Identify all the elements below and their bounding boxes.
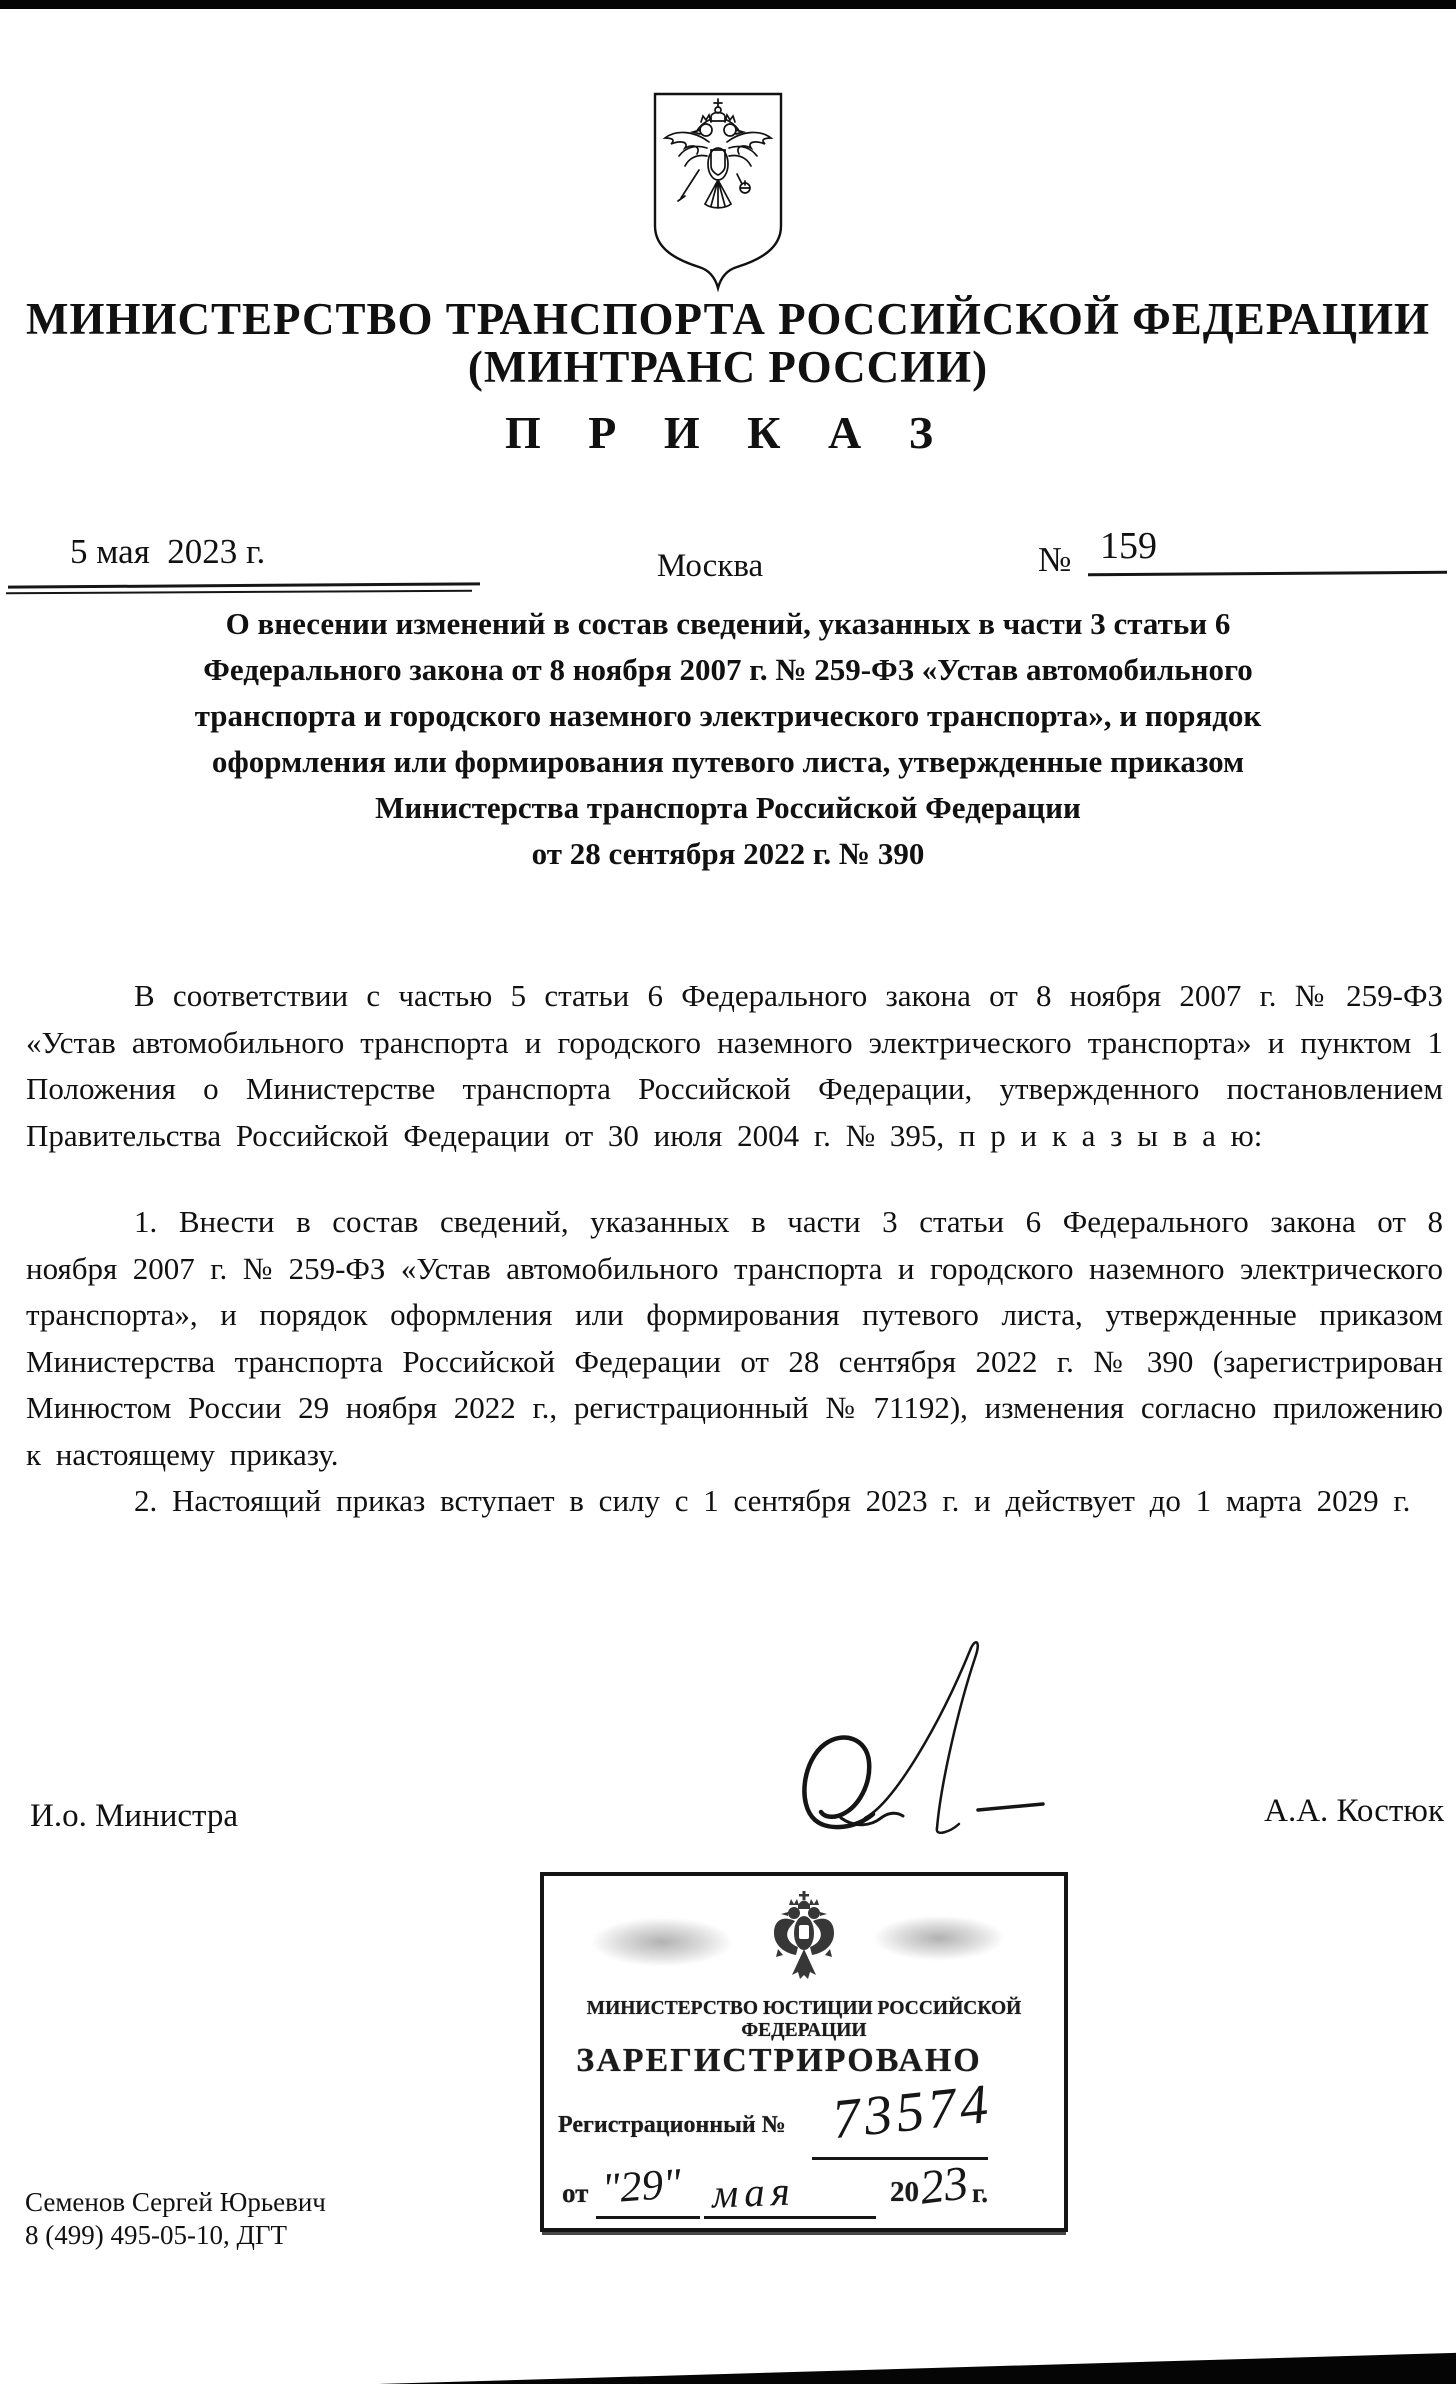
scanned-order-document: МИНИСТЕРСТВО ТРАНСПОРТА РОССИЙСКОЙ ФЕДЕР… bbox=[0, 0, 1456, 2384]
stamp-smudge-left bbox=[592, 1918, 732, 1966]
stamp-ministry-label: МИНИСТЕРСТВО ЮСТИЦИИ РОССИЙСКОЙ ФЕДЕРАЦИ… bbox=[544, 1998, 1064, 2042]
top-scan-artifact bbox=[0, 0, 1456, 9]
subject-line-6: от 28 сентября 2022 г. № 390 bbox=[28, 831, 1428, 877]
stamp-smudge-right bbox=[874, 1916, 1004, 1960]
order-date: 5 мая 2023 г. bbox=[70, 532, 265, 572]
stamp-date-year-printed: 20 bbox=[890, 2176, 919, 2209]
stamp-date-year-hand: 23 bbox=[917, 2155, 971, 2215]
russian-coat-of-arms-icon bbox=[645, 86, 791, 298]
bottom-scan-artifact bbox=[0, 2346, 1456, 2384]
stamp-date-day: "29" bbox=[600, 2159, 682, 2213]
stamp-date-day-underline bbox=[596, 2216, 700, 2219]
stamp-date-suffix: г. bbox=[972, 2178, 988, 2209]
order-subject: О внесении изменений в состав сведений, … bbox=[28, 601, 1428, 877]
subject-line-5: Министерства транспорта Российской Федер… bbox=[28, 785, 1428, 831]
date-underline bbox=[8, 582, 480, 588]
minister-name: А.А. Костюк bbox=[1216, 1793, 1444, 1830]
ministry-name-line1: МИНИСТЕРСТВО ТРАНСПОРТА РОССИЙСКОЙ ФЕДЕР… bbox=[0, 294, 1456, 344]
executor-phone: 8 (499) 495-05-10, ДГТ bbox=[25, 2219, 287, 2252]
stamp-eagle-icon bbox=[772, 1890, 836, 1984]
subject-line-1: О внесении изменений в состав сведений, … bbox=[28, 601, 1428, 647]
order-number: 159 bbox=[1100, 524, 1157, 568]
stamp-date-month: мая bbox=[711, 2167, 796, 2218]
paragraph-preamble: В соответствии с частью 5 статьи 6 Федер… bbox=[26, 973, 1443, 1159]
number-sign: № bbox=[1038, 540, 1071, 580]
city-label: Москва bbox=[560, 548, 860, 585]
subject-line-4: оформления или формирования путевого лис… bbox=[28, 739, 1428, 785]
subject-line-3: транспорта и городского наземного электр… bbox=[28, 693, 1428, 739]
stamp-reg-number-value: 73574 bbox=[829, 2072, 995, 2152]
stamp-registered-label: ЗАРЕГИСТРИРОВАНО bbox=[544, 2042, 1014, 2080]
stamp-date-month-underline bbox=[704, 2216, 876, 2219]
registration-stamp: МИНИСТЕРСТВО ЮСТИЦИИ РОССИЙСКОЙ ФЕДЕРАЦИ… bbox=[540, 1872, 1068, 2232]
executor-name: Семенов Сергей Юрьевич bbox=[25, 2186, 326, 2219]
signature-icon bbox=[745, 1632, 1065, 1847]
subject-line-2: Федерального закона от 8 ноября 2007 г. … bbox=[28, 647, 1428, 693]
paragraph-item-2: 2. Настоящий приказ вступает в силу с 1 … bbox=[26, 1478, 1443, 1525]
paragraph-item-1: 1. Внести в состав сведений, указанных в… bbox=[26, 1199, 1443, 1478]
document-type-title: П Р И К А З bbox=[0, 406, 1456, 459]
acting-minister-label: И.о. Министра bbox=[30, 1798, 238, 1835]
ministry-name-line2: (МИНТРАНС РОССИИ) bbox=[0, 342, 1456, 392]
date-underline-2 bbox=[6, 590, 472, 594]
number-underline bbox=[1088, 571, 1447, 577]
order-body: В соответствии с частью 5 статьи 6 Федер… bbox=[26, 973, 1443, 1525]
stamp-date-prefix: от bbox=[562, 2178, 588, 2209]
stamp-reg-number-label: Регистрационный № bbox=[558, 2112, 786, 2139]
